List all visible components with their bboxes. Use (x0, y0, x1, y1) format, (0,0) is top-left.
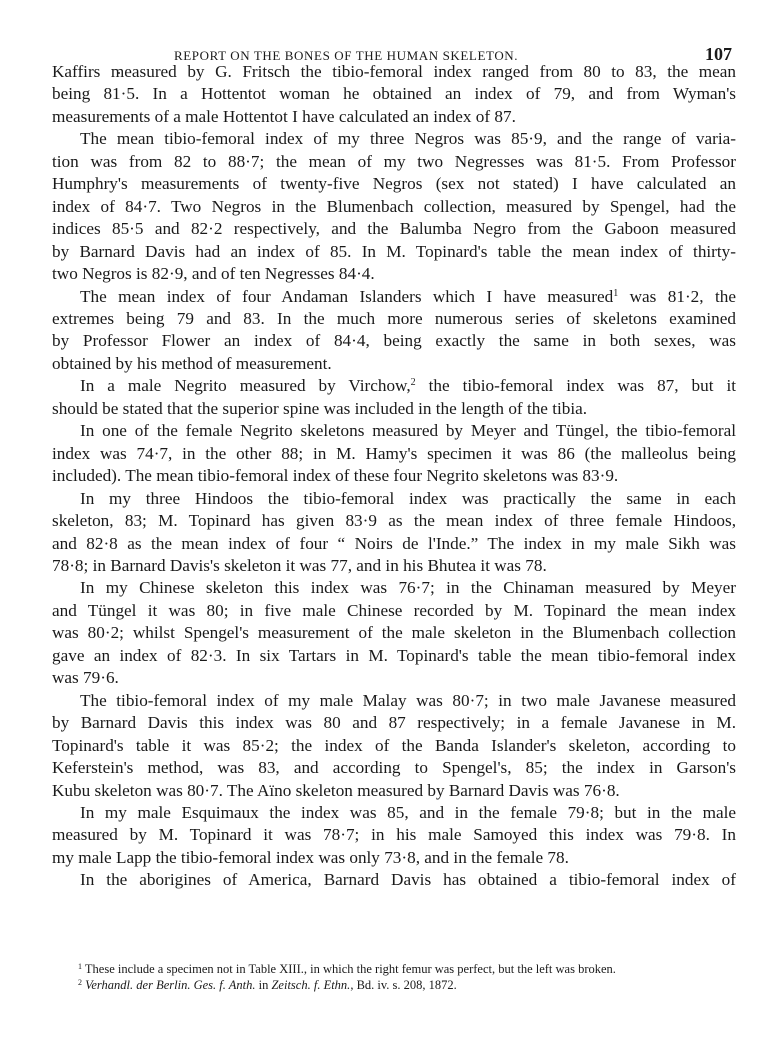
text-segment: In a male Negrito measured by Virchow, (80, 376, 411, 395)
paragraph: Kaffirs measured by G. Fritsch the tibio… (52, 61, 736, 128)
text-line: by Barnard Davis this index was 80 and 8… (52, 712, 736, 734)
citation-journal: Verhandl. der Berlin. Ges. f. Anth. (85, 978, 255, 992)
text-line: skeleton, 83; M. Topinard has given 83·9… (52, 510, 736, 532)
text-line: The tibio-femoral index of my male Malay… (52, 690, 736, 712)
text-line: included). The mean tibio-femoral index … (52, 465, 736, 487)
text-line: Topinard's table it was 85·2; the index … (52, 735, 736, 757)
paragraph: The mean index of four Andaman Islanders… (52, 286, 736, 376)
paragraph: The mean tibio-femoral index of my three… (52, 128, 736, 285)
text-line: being 81·5. In a Hottentot woman he obta… (52, 83, 736, 105)
text-line: Kubu skeleton was 80·7. The Aïno skeleto… (52, 780, 736, 802)
text-line: index was 74·7, in the other 88; in M. H… (52, 443, 736, 465)
text-line: In the aborigines of America, Barnard Da… (52, 869, 736, 891)
text-line: was 79·6. (52, 667, 736, 689)
footnote-text: in (256, 978, 272, 992)
paragraph: In one of the female Negrito skeletons m… (52, 420, 736, 487)
text-line: was 80·2; whilst Spengel's measurement o… (52, 622, 736, 644)
text-line: Keferstein's method, was 83, and accordi… (52, 757, 736, 779)
footnote-text: , Bd. iv. s. 208, 1872. (350, 978, 457, 992)
text-line: by Professor Flower an index of 84·4, be… (52, 330, 736, 352)
text-line: and 82·8 as the mean index of four “ Noi… (52, 533, 736, 555)
text-line: measured by M. Topinard it was 78·7; in … (52, 824, 736, 846)
citation-journal: Zeitsch. f. Ethn. (271, 978, 350, 992)
text-line: gave an index of 82·3. In six Tartars in… (52, 645, 736, 667)
text-line: 78·8; in Barnard Davis's skeleton it was… (52, 555, 736, 577)
text-line: measurements of a male Hottentot I have … (52, 106, 736, 128)
paragraph: In a male Negrito measured by Virchow,2 … (52, 375, 736, 420)
paragraph: In my three Hindoos the tibio-femoral in… (52, 488, 736, 578)
text-line: The mean tibio-femoral index of my three… (52, 128, 736, 150)
text-segment: The mean index of four Andaman Islanders… (80, 287, 613, 306)
paragraph: In my male Esquimaux the index was 85, a… (52, 802, 736, 869)
text-line: In my Chinese skeleton this index was 76… (52, 577, 736, 599)
text-segment: was 81·2, the (618, 287, 736, 306)
text-line: Kaffirs measured by G. Fritsch the tibio… (52, 61, 736, 83)
text-line: indices 85·5 and 82·2 respectively, and … (52, 218, 736, 240)
paragraph: The tibio-femoral index of my male Malay… (52, 690, 736, 802)
footnote-2: 2 Verhandl. der Berlin. Ges. f. Anth. in… (78, 977, 738, 993)
text-line: The mean index of four Andaman Islanders… (52, 286, 736, 308)
text-line: Humphry's measurements of twenty-five Ne… (52, 173, 736, 195)
text-line: extremes being 79 and 83. In the much mo… (52, 308, 736, 330)
paragraph: In the aborigines of America, Barnard Da… (52, 869, 736, 891)
text-line: In one of the female Negrito skeletons m… (52, 420, 736, 442)
paragraph: In my Chinese skeleton this index was 76… (52, 577, 736, 689)
text-line: should be stated that the superior spine… (52, 398, 736, 420)
text-line: In my male Esquimaux the index was 85, a… (52, 802, 736, 824)
footnote-text: These include a specimen not in Table XI… (85, 962, 616, 976)
footnote-1: 1 These include a specimen not in Table … (78, 961, 738, 977)
text-segment: the tibio-femoral index was 87, but it (416, 376, 736, 395)
footnote-marker: 1 (78, 962, 82, 971)
text-line: by Barnard Davis had an index of 85. In … (52, 241, 736, 263)
text-line: tion was from 82 to 88·7; the mean of my… (52, 151, 736, 173)
body-text: Kaffirs measured by G. Fritsch the tibio… (52, 61, 736, 892)
text-line: In a male Negrito measured by Virchow,2 … (52, 375, 736, 397)
text-line: two Negros is 82·9, and of ten Negresses… (52, 263, 736, 285)
text-line: my male Lapp the tibio-femoral index was… (52, 847, 736, 869)
text-line: In my three Hindoos the tibio-femoral in… (52, 488, 736, 510)
text-line: index of 84·7. Two Negros in the Blumenb… (52, 196, 736, 218)
footnotes: 1 These include a specimen not in Table … (78, 961, 738, 993)
text-line: obtained by his method of measurement. (52, 353, 736, 375)
text-line: and Tüngel it was 80; in five male Chine… (52, 600, 736, 622)
footnote-marker: 2 (78, 978, 82, 987)
